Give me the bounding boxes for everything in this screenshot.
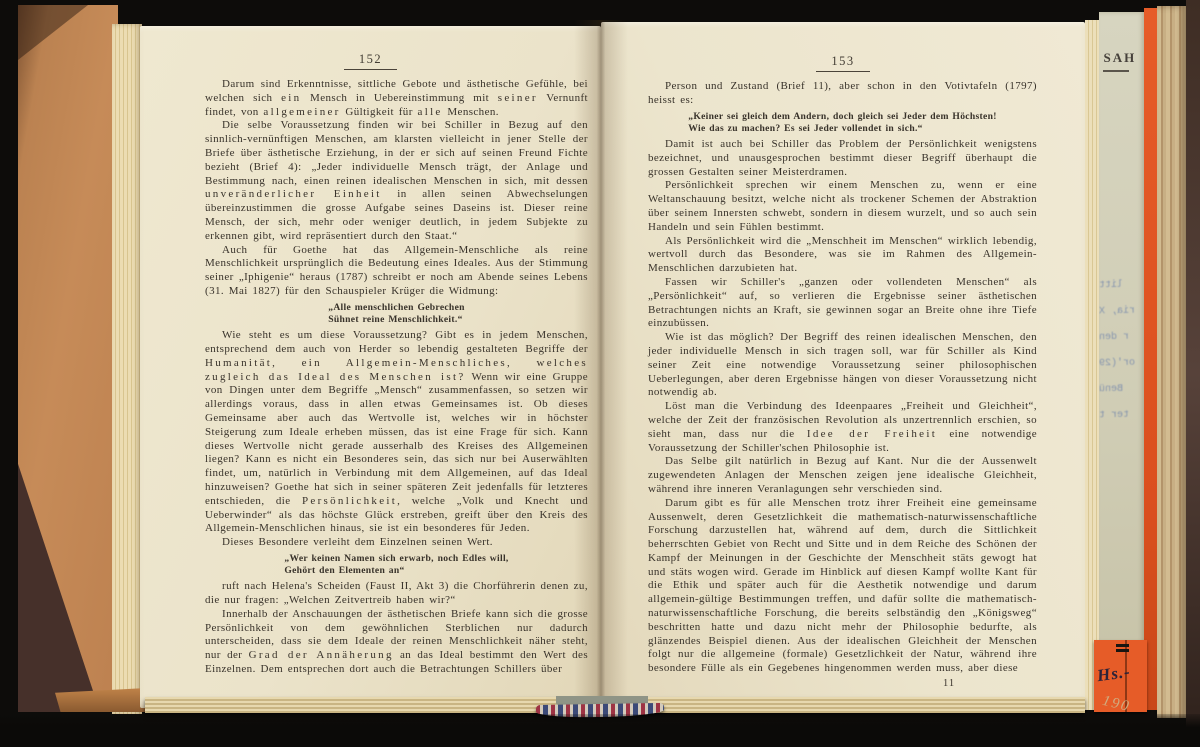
paragraph: Persönlichkeit sprechen wir einem Mensch… xyxy=(648,179,1037,234)
paragraph: Darum sind Erkenntnisse, sittliche Gebot… xyxy=(205,78,588,119)
page-152: 152 Darum sind Erkenntnisse, sittliche G… xyxy=(140,26,601,708)
inserted-sheet-heading: . SAH xyxy=(1099,50,1145,66)
orange-divider-strip xyxy=(1144,8,1157,710)
bleedthrough-line: Benü xyxy=(1099,384,1123,395)
book-cover-right xyxy=(1186,0,1200,747)
paragraph: Dieses Besondere verleiht dem Einzelnen … xyxy=(205,536,588,550)
paragraph: Wie steht es um diese Voraussetzung? Gib… xyxy=(205,329,588,536)
page-edge-stack-right xyxy=(1157,6,1187,718)
paragraph: Innerhalb der Anschauungen der ästhetisc… xyxy=(205,608,588,677)
bleedthrough-line: litt xyxy=(1099,280,1123,291)
page-fore-edge-left xyxy=(112,24,142,714)
inserted-sheet: . SAH littria, Xr denor'(29Benüter t xyxy=(1099,12,1145,678)
paragraph: Wie ist das möglich? Der Begriff des rei… xyxy=(648,331,1037,400)
page-153-text: Person und Zustand (Brief 11), aber scho… xyxy=(648,80,1037,691)
page-152-text: Darum sind Erkenntnisse, sittliche Gebot… xyxy=(205,78,588,677)
signature-mark: 11 xyxy=(648,677,1037,691)
verse-quote: „Keiner sei gleich dem Andern, doch glei… xyxy=(648,111,1037,136)
tab-handwritten-note: Hs.- xyxy=(1096,662,1132,687)
paragraph: Darum gibt es für alle Menschen trotz ih… xyxy=(648,497,1037,676)
paragraph: Damit ist auch bei Schiller das Problem … xyxy=(648,138,1037,179)
paragraph: ruft nach Helena's Scheiden (Faust II, A… xyxy=(205,580,588,608)
page-number-153: 153 xyxy=(601,52,1085,72)
bleedthrough-line: or'(29 xyxy=(1099,358,1135,370)
page-number-152: 152 xyxy=(140,50,601,70)
paragraph: Die selbe Voraussetzung finden wir bei S… xyxy=(205,119,588,243)
page-fore-edge-right xyxy=(1085,20,1100,710)
paragraph: Als Persönlichkeit wird die „Menschheit … xyxy=(648,235,1037,276)
bleedthrough-line: ria, X xyxy=(1099,306,1135,318)
book-scan-photo: 152 Darum sind Erkenntnisse, sittliche G… xyxy=(0,0,1200,747)
bottom-shadow xyxy=(0,714,1200,747)
page-153: 153 Person und Zustand (Brief 11), aber … xyxy=(601,22,1085,710)
verse-quote: „Alle menschlichen GebrechenSühnet reine… xyxy=(205,302,588,327)
paragraph: Das Selbe gilt natürlich in Bezug auf Ka… xyxy=(648,455,1037,496)
bleedthrough-line: ter t xyxy=(1099,410,1129,422)
paragraph: Auch für Goethe hat das Allgemein-Mensch… xyxy=(205,244,588,299)
paragraph: Person und Zustand (Brief 11), aber scho… xyxy=(648,80,1037,108)
bleedthrough-line: r den xyxy=(1099,332,1129,344)
paragraph: Löst man die Verbindung des Ideenpaares … xyxy=(648,400,1037,455)
inserted-sheet-rule xyxy=(1103,70,1129,72)
paragraph: Fassen wir Schiller's „ganzen oder volle… xyxy=(648,276,1037,331)
bleedthrough-text: littria, Xr denor'(29Benüter t xyxy=(1099,280,1145,421)
tab-ink-mark xyxy=(1116,644,1129,647)
verse-quote: „Wer keinen Namen sich erwarb, noch Edle… xyxy=(205,553,588,578)
